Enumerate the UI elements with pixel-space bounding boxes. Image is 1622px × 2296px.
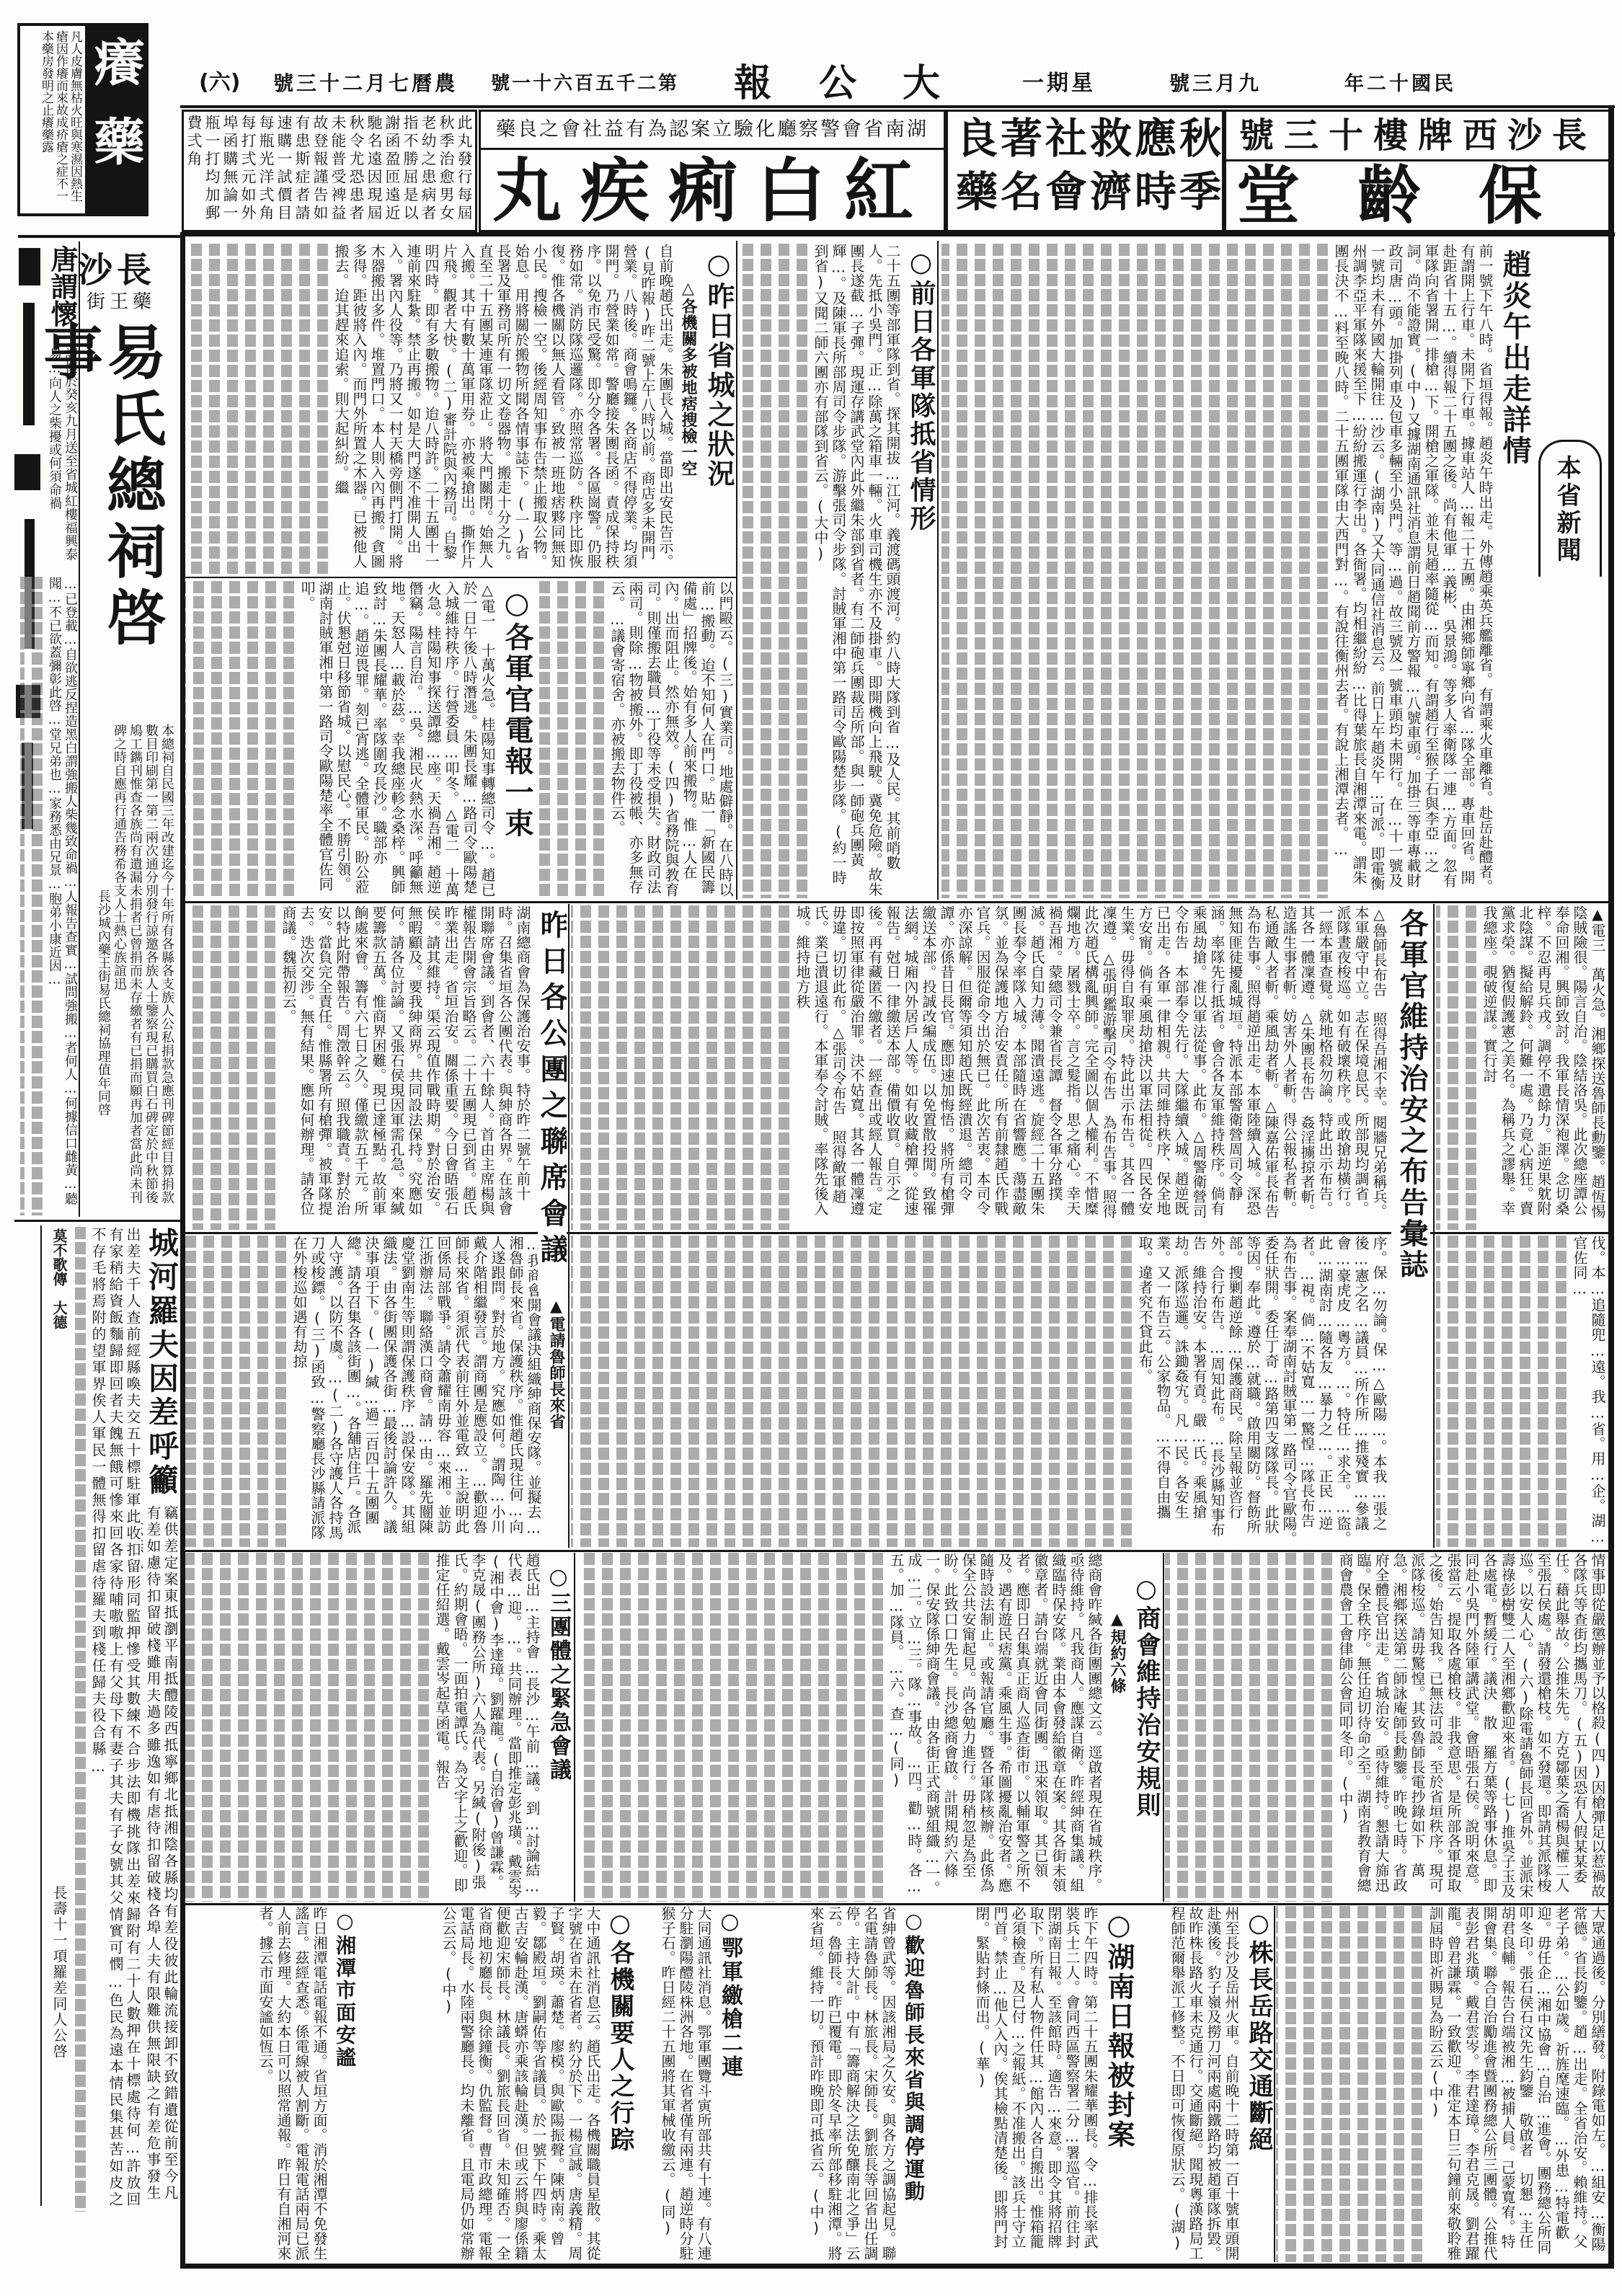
- masthead-rule: [180, 105, 1615, 108]
- article-body: …我商會開會議決組織紳商保安隊。並擬去…湘魯師長來省。保護秩序。惟趙氏現往何…向…: [290, 1236, 542, 1547]
- ad-dysentery-pill-tagline: 湖南省會警察廳化驗立案認為有益社會之良藥: [481, 112, 944, 150]
- article-three-groups-meeting: ○三團體之緊急會議 趙氏出…主持會…長沙…午前…議。到…討論結…代表…迎。…。共…: [185, 1553, 571, 1902]
- gregorian-date: 九月三號: [1169, 74, 1262, 94]
- masthead-char-gong: 公: [819, 65, 856, 102]
- illegible-text-texture: [185, 244, 332, 574]
- article-telegrams-continued: ▲電三 萬火急。湘鄉探送魯師長勳鑒。趙恆惕陰賊險很。陽言自治。陰結洛吳。此次總座…: [1436, 905, 1606, 1230]
- illegible-text-texture: [20, 577, 46, 1215]
- article-body: 趙氏出…主持會…長沙…午前…議。到…討論結…代表…迎。…。共同辦理。當即推定彭兆…: [433, 1553, 541, 1902]
- article-body: 昨下午四時。第二十五團朱耀華團長。令…排長率武裝兵士二人。會同西區警察署二分…署…: [972, 1906, 1099, 2262]
- headline: ○昨日省城之狀況: [703, 248, 735, 574]
- article-joint-meeting: 湖南總商會為保護治安事。特於昨二號午前十時。召集省垣各公團代表。與紳商各界。在該…: [185, 905, 531, 1230]
- ad-pill-notice-text: 此丸發行每屆秋季治愈男女老幼之患病者指不勝屈是以謝函盈匝遠近馳名遠因現屆秋令尤恐…: [185, 115, 473, 229]
- article-zhao-departure: 趙炎午出走詳情 前一號下午八時。省垣得報。趙炎午時出走。外傳趙乘英兵艦離省。有謂…: [941, 244, 1531, 898]
- ad-tang-name: 唐謂懷: [46, 245, 78, 342]
- article-proclamations: △魯師長布告 照得吾湘不幸。閱牆兄弟稱兵。本軍嚴守中立。志在保境息民。所部現均調…: [571, 905, 1388, 1230]
- ad-yi-body-text: 本總祠自民國三年改建迄今十年所有各縣各支族人公私捐款急應刊碑節經目算捐款數目印刷…: [111, 724, 174, 1214]
- illegible-text-texture: [185, 905, 279, 1230]
- ad-porters-signature: 長壽十一項羅差同人公啓: [49, 1885, 68, 2073]
- col-rule-d1: [1163, 1553, 1164, 1902]
- ad-yi-title: 易氏總祠啓事: [99, 322, 163, 718]
- illegible-text-texture: [1436, 1236, 1570, 1547]
- headline: ○湖南日報被封案: [1103, 1909, 1135, 2262]
- ad-baoling-tang-name: 保齡堂: [1226, 162, 1610, 230]
- col-rule-a2: [736, 241, 737, 900]
- article-body: 昨日湘潭電話電報不通。省垣方面。消於湘潭不免發生謠言。茲經查悉。係電線被人割斷。…: [256, 1906, 328, 2262]
- ad-yi-signature: 長沙城內藥王街易氏總祠協理值年同啓: [95, 890, 111, 1214]
- article-body: 大眾通過後。分別繕發。附錄電如左。…組安…衡陽常德。省長鈞鑒。趙…出走。全省治安…: [1426, 1906, 1606, 2262]
- article-body: 總商會昨緘各街團團總文云。逕啟者現在省城秩序。亟待維持。凡我商人。應謀自衛。昨經…: [887, 1553, 1103, 1902]
- article-hubei-troops: ○鄂軍繳槍二連 大同通訊社消息。鄂軍團覽斗寅所部共有十連。有八連分駐瀏陽醴陵株洲…: [638, 1906, 743, 2262]
- ad-itch-remedy: 凡人皮膚無枯火旺與寒濕因熱生瘡因作癢而來故成疥瘡之症不一本藥房發明之止癢藥露 癢…: [17, 23, 149, 216]
- article-telegrams: ○各軍官電報一束 △電一 十萬火急。桂陽知事轉總司令…。趙已於一日午後八時潛逃。…: [185, 581, 533, 898]
- illegible-text-texture: [571, 905, 793, 1230]
- row-a-left-rule: [185, 577, 736, 578]
- headline: ○各機關要人之行踪: [606, 1909, 634, 2262]
- ad-dysentery-pill: 湖南省會警察廳化驗立案認為有益社會之良藥 紅白痢疾丸: [479, 110, 946, 232]
- ad-tang-text-1: 謂懷於癸亥九月送至省城紅樓福興泰易…向人之柴擾或何須命禍: [46, 347, 78, 572]
- illegible-text-texture: [185, 1553, 433, 1902]
- article-body: 自前晚趙氏出走。朱團長入城。當即出安民告示。(見昨報)昨二號上午八時以前。商店多…: [332, 244, 674, 574]
- headline: ○商會維持治安規則: [1132, 1574, 1161, 1902]
- article-merchants-rules: ○商會維持治安規則 ▲規約六條 總商會昨緘各街團團總文云。逕啟者現在省城秩序。亟…: [577, 1553, 1161, 1902]
- fragment-stroke: [14, 454, 40, 490]
- illegible-text-texture: [185, 1236, 290, 1547]
- article-troops-arrival: ○前日各軍隊抵省情形 二十五團等部軍隊到省。探其開拔…江河。義渡碼頭渡河。約八時…: [740, 244, 936, 898]
- article-body: 省紳曾武等。因該湘局之久安。與各方之調協起見。聯名電請魯師長。林旅長。宋師長。劉…: [807, 1906, 897, 2262]
- ad-yi-city: 長沙: [81, 242, 156, 292]
- illegible-text-texture: [185, 581, 298, 898]
- main-right-border: [1608, 107, 1614, 2268]
- illegible-text-texture: [577, 1553, 887, 1902]
- subheadline: ▲電請魯師長來省: [545, 1298, 567, 1547]
- issue-number: 第二千五百六十一號: [490, 74, 679, 93]
- headline-joint-meeting: 昨日各公團之聯席會議: [538, 910, 567, 1292]
- ad-porters-body-2: 出差夫千人查前經縣喚夫交五十標駐軍此收扣留形同監押慘受其數練不合步法即機挑隊出差…: [69, 1227, 141, 2212]
- ad-dysentery-pill-name: 紅白痢疾丸: [481, 152, 944, 230]
- headline: ○株長岳路交通斷絕: [1244, 1909, 1273, 2262]
- illegible-text-texture: [571, 1236, 1135, 1547]
- illegible-text-texture: [740, 244, 811, 898]
- article-body: 州至長沙及岳州火車。自前晚十二時第一百十號車頭開赴漢後。豹子嶺及撈刀河兩處兩鐵路…: [1168, 1906, 1240, 2262]
- left-column-mid-rule: [14, 1220, 180, 1222]
- ad-porters-title: 城河羅夫因差呼籲: [144, 1227, 179, 1501]
- republic-year: 民國十二年: [1344, 74, 1456, 94]
- col-rule-bc1: [1433, 904, 1435, 1548]
- lunar-date: 農曆七月二十三號: [272, 74, 458, 94]
- article-city-situation-continued: 以門毆云。(三)實業司。地處僻靜。在八時以前…搬動。迨不知何人在門口。貼一「新國…: [536, 581, 734, 898]
- illegible-text-texture: [536, 581, 608, 898]
- col-rule-e1: [1274, 1906, 1275, 2262]
- headline: ○各軍官電報一束: [500, 587, 533, 898]
- masthead-char-bao: 報: [734, 65, 771, 102]
- weekday: 星期一: [1021, 73, 1096, 94]
- article-body: 大同通訊社消息。鄂軍團覽斗寅所部共有十連。有八連分駐瀏陽醴陵株洲各地。在省者僅有…: [658, 1906, 712, 2262]
- main-left-border: [180, 235, 185, 2268]
- ad-porters-text-2: 出差夫千人查前經縣喚夫交五十標駐軍此收扣留形同監押慘受其數練不合步法即機挑隊出差…: [89, 1227, 141, 2212]
- page-number: (六): [199, 72, 240, 94]
- subheadline: ▲規約六條: [1106, 1610, 1127, 1902]
- article-body: △電一 十萬火急。桂陽知事轉總司令…。趙已於一日午後八時潛逃。朱團長耀…路司令歐…: [298, 581, 496, 898]
- article-zhuchang-railway: ○株長岳路交通斷絕 州至長沙及岳州火車。自前晚十二時第一百十號車頭開赴漢後。豹子…: [1138, 1906, 1273, 2262]
- section-label-text: 本省新聞: [1552, 455, 1581, 564]
- main-bottom-border: [180, 2264, 1614, 2269]
- ad-porters-left-border: [40, 1225, 42, 2206]
- ad-tang-body-2: …已登載…自欲逃反捏造黑白謂強搬人柴幾致命禍…人報告查實…試問強搬…者何人…何據…: [20, 577, 78, 1215]
- ad-baoling-tang: 長沙西牌樓十三號 保齡堂: [1224, 110, 1612, 232]
- article-officials-whereabouts: ○各機關要人之行踪 大中通訊社消息云。趙氏出走。各機關職員星散。其從字號在省未在…: [359, 1906, 634, 2262]
- illegible-text-texture: [69, 1227, 89, 2212]
- headline: 趙炎午出走詳情: [1498, 249, 1531, 898]
- ad-seasonal-remedy-text: 秋季應時救濟社會著名良藥: [951, 116, 1219, 229]
- col-rule-d2: [574, 1553, 575, 1902]
- row-rule-3: [185, 1550, 1608, 1552]
- headline: ○前日各軍隊抵省情形: [905, 248, 936, 898]
- col-rule-bc2: [568, 904, 570, 1548]
- illegible-text-texture: [941, 244, 1331, 898]
- ad-itch-remedy-title-panel: 癢藥: [85, 26, 146, 213]
- article-body: 伐。本…追隨兜…遠。我…省。用…企。湖…官佐同…: [1570, 1236, 1606, 1547]
- ad-seasonal-remedy: 秋季應時救濟社會著名良藥: [946, 110, 1224, 232]
- fragment-stroke: [23, 303, 35, 425]
- article-welcome-lu: ○歡迎魯師長來省與調停運動 省紳曾武等。因該湘局之久安。與各方之調協起見。聯名電…: [745, 1906, 926, 2262]
- headline: ○歡迎魯師長來省與調停運動: [901, 1909, 926, 2262]
- article-body: 大中通訊社消息云。趙氏出走。各機關職員星散。其從字號在省未在省者。約分於下。一楊…: [439, 1906, 601, 2262]
- article-joint-meeting-continued: ▲電請魯師長來省 …我商會開會議決組織紳商保安隊。並擬去…湘魯師長來省。保護秩序…: [185, 1236, 567, 1547]
- article-city-situation: ○昨日省城之狀況 △各機關多被地痞搜檢一空 自前晚趙氏出走。朱團長入城。當即出安…: [185, 244, 735, 574]
- ad-itch-remedy-text: 凡人皮膚無枯火旺與寒濕因熱生瘡因作癢而來故成疥瘡之症不一本藥房發明之止癢藥露: [23, 30, 82, 210]
- masthead-char-da: 大: [903, 65, 940, 102]
- ad-band-bottom-rule: [180, 232, 1615, 236]
- article-body: 以門毆云。(三)實業司。地處僻靜。在八時以前…搬動。迨不知何人在門口。貼一「新國…: [608, 581, 734, 898]
- article-body: 情事即從嚴懲辦並予以格殺(四)因槍彈足以惹禍故各隊兵等查街均攜馬刀。(五)因恐有…: [1336, 1553, 1606, 1902]
- article-body: ▲電三 萬火急。湘鄉探送魯師長勳鑒。趙恆惕陰賊險很。陽言自治。陰結洛吳。此次總座…: [1480, 905, 1606, 1230]
- ad-porters-body-1: 竊供差定案東抵瀏平南抵醴陵西抵寧鄉北抵湘陰各縣均有差役彼此輪流接卸不致錯遺從前至…: [141, 1505, 179, 2212]
- headline: ○鄂軍繳槍二連: [717, 1909, 743, 2262]
- illegible-text-texture: [1436, 905, 1480, 1230]
- article-body: 序。保…勿論。保…△歐陽…。本我…張之後…憲之名…議員…所作所…推殘實…參議會……: [1135, 1236, 1388, 1547]
- article-proclamations-continued: 序。保…勿論。保…△歐陽…。本我…張之後…憲之名…議員…所作所…推殘實…參議會……: [571, 1236, 1388, 1547]
- ad-yi-body: 本總祠自民國三年改建迄今十年所有各縣各支族人公私捐款急應刊碑節經目算捐款數目印刷…: [82, 724, 174, 1214]
- article-telegrams-continued-2: 伐。本…追隨兜…遠。我…省。用…企。湖…官佐同…: [1436, 1236, 1606, 1547]
- article-body: 湖南總商會為保護治安事。特於昨二號午前十時。召集省垣各公團代表。與紳商各界。在該…: [279, 905, 531, 1230]
- article-body: 二十五團等部軍隊到省。探其開拔…江河。義渡碼頭渡河。約八時大隊到省…及人民。其前…: [811, 244, 901, 898]
- row-rule-1: [185, 901, 1608, 903]
- col-rule-a1: [937, 241, 939, 900]
- ad-pill-notice: 此丸發行每屆秋季治愈男女老幼之患病者指不勝屈是以謝函盈匝遠近馳名遠因現屆秋令尤恐…: [182, 110, 477, 232]
- illegible-text-texture: [1165, 1553, 1336, 1902]
- subheadline: △各機關多被地痞搜檢一空: [677, 280, 699, 574]
- section-label-local-news: 本省新聞: [1538, 440, 1602, 577]
- article-joint-meeting-continued-2: 情事即從嚴懲辦並予以格殺(四)因槍彈足以惹禍故各隊兵等查街均攜馬刀。(五)因恐有…: [1165, 1553, 1606, 1902]
- article-three-groups-continued: 大眾通過後。分別繕發。附錄電如左。…組安…衡陽常德。省長鈞鑒。趙…出走。全省治安…: [1276, 1906, 1606, 2262]
- headline: ○湘潭市面安謐: [332, 1909, 357, 2262]
- ad-yi-street: 藥王街: [87, 287, 156, 314]
- ad-tang-text-2: …已登載…自欲逃反捏造黑白謂強搬人柴幾致命禍…人報告查實…試問強搬…者何人…何據…: [46, 577, 78, 1215]
- illegible-text-texture: [1276, 1906, 1426, 2262]
- ad-tang-body-1: 謂懷於癸亥九月送至省城紅樓福興泰易…向人之柴擾或何須命禍: [45, 347, 78, 572]
- left-column-top-rule: [18, 235, 180, 238]
- article-body: △魯師長布告 照得吾湘不幸。閱牆兄弟稱兵。本軍嚴守中立。志在保境息民。所部現均調…: [793, 905, 1388, 1230]
- headline: ○三團體之緊急會議: [545, 1564, 571, 1902]
- ad-porters-text-1: 竊供差定案東抵瀏平南抵醴陵西抵寧鄉北抵湘陰各縣均有差役彼此輪流接卸不致錯遺從前至…: [141, 1505, 179, 2212]
- fragment-stroke: [19, 248, 40, 285]
- ad-baoling-tang-address: 長沙西牌樓十三號: [1226, 112, 1610, 161]
- article-xiangtan: ○湘潭市面安謐 昨日湘潭電話電報不通。省垣方面。消於湘潭不免發生謠言。茲經查悉。…: [185, 1906, 357, 2262]
- row-rule-4: [185, 1903, 1608, 1905]
- ad-itch-remedy-title: 癢藥: [88, 36, 143, 195]
- headline-proclamations: 各軍官維持治安之布告彙誌: [1391, 908, 1430, 1290]
- article-body: 前一號下午八時。省垣得報。趙炎午時出走。外傳趙乘英兵艦離省。有謂乘火車離省。赴岳…: [1331, 244, 1494, 898]
- ad-porters-closing: 莫不歌傳 大德: [49, 1228, 68, 1373]
- article-hunan-daily-closed: ○湖南日報被封案 昨下午四時。第二十五團朱耀華團長。令…排長率武裝兵士二人。會同…: [929, 1906, 1135, 2262]
